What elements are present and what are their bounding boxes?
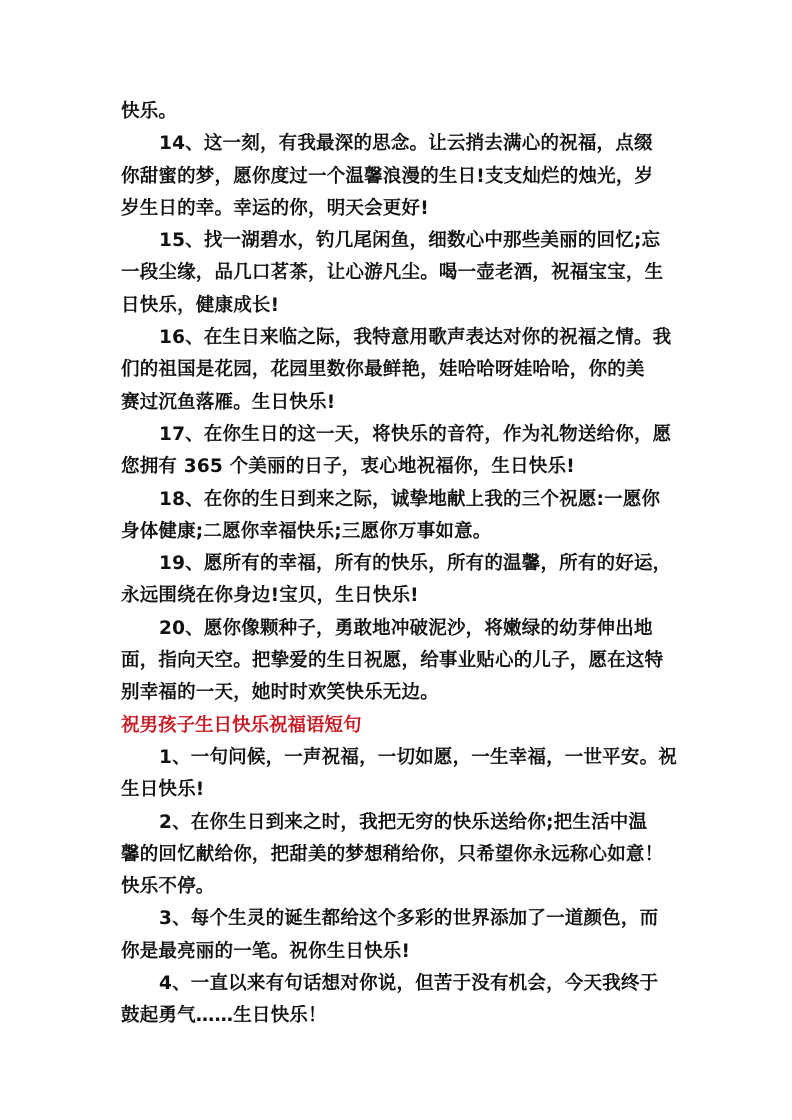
paragraph-3: 3、每个生灵的诞生都给这个多彩的世界添加了一道颜色，而 你是最亮丽的一笔。祝你生… [121,903,677,968]
paragraph-18: 18、在你的生日到来之际，诚挚地献上我的三个祝愿:一愿你 身体健康;二愿你幸福快… [121,484,677,549]
paragraph-4: 4、一直以来有句话想对你说，但苦于没有机会，今天我终于 鼓起勇气……生日快乐！ [121,968,677,1033]
paragraph-14: 14、这一刻，有我最深的思念。让云捎去满心的祝福，点缀 你甜蜜的梦，愿你度过一个… [121,128,677,225]
text-line: 4、一直以来有句话想对你说，但苦于没有机会，今天我终于 [121,968,677,1000]
text-line: 一段尘缘，品几口茗茶，让心游凡尘。喝一壶老酒，祝福宝宝，生 [121,257,677,289]
text-line: 岁生日的幸。幸运的你，明天会更好! [121,193,677,225]
text-line: 们的祖国是花园，花园里数你最鲜艳，娃哈哈呀娃哈哈，你的美 [121,354,677,386]
paragraph-15: 15、找一湖碧水，钓几尾闲鱼，细数心中那些美丽的回忆;忘 一段尘缘，品几口茗茶，… [121,225,677,322]
text-line: 生日快乐! [121,774,677,806]
text-line: 19、愿所有的幸福，所有的快乐，所有的温馨，所有的好运， [121,548,677,580]
paragraph-16: 16、在生日来临之际，我特意用歌声表达对你的祝福之情。我 们的祖国是花园，花园里… [121,322,677,419]
text-line: 20、愿你像颗种子，勇敢地冲破泥沙，将嫩绿的幼芽伸出地 [121,613,677,645]
paragraph-2: 2、在你生日到来之时，我把无穷的快乐送给你;把生活中温 馨的回忆献给你，把甜美的… [121,807,677,904]
text-line: 你甜蜜的梦，愿你度过一个温馨浪漫的生日!支支灿烂的烛光，岁 [121,161,677,193]
text-line: 15、找一湖碧水，钓几尾闲鱼，细数心中那些美丽的回忆;忘 [121,225,677,257]
paragraph-13-continuation: 快乐。 [121,96,677,128]
text-line: 您拥有 365 个美丽的日子，衷心地祝福你，生日快乐! [121,451,677,483]
paragraph-19: 19、愿所有的幸福，所有的快乐，所有的温馨，所有的好运， 永远围绕在你身边!宝贝… [121,548,677,613]
text-line: 别幸福的一天，她时时欢笑快乐无边。 [121,677,677,709]
section-heading: 祝男孩子生日快乐祝福语短句 [121,710,677,742]
paragraph-17: 17、在你生日的这一天，将快乐的音符，作为礼物送给你，愿 您拥有 365 个美丽… [121,419,677,484]
text-line: 身体健康;二愿你幸福快乐;三愿你万事如意。 [121,516,677,548]
paragraph-1: 1、一句问候，一声祝福，一切如愿，一生幸福，一世平安。祝 生日快乐! [121,742,677,807]
text-line: 日快乐，健康成长! [121,290,677,322]
text-line: 18、在你的生日到来之际，诚挚地献上我的三个祝愿:一愿你 [121,484,677,516]
text-line: 赛过沉鱼落雁。生日快乐! [121,387,677,419]
text-line: 17、在你生日的这一天，将快乐的音符，作为礼物送给你，愿 [121,419,677,451]
text-line: 快乐不停。 [121,871,677,903]
text-line: 3、每个生灵的诞生都给这个多彩的世界添加了一道颜色，而 [121,903,677,935]
text-line: 永远围绕在你身边!宝贝，生日快乐! [121,580,677,612]
text-line: 16、在生日来临之际，我特意用歌声表达对你的祝福之情。我 [121,322,677,354]
text-line: 馨的回忆献给你，把甜美的梦想稍给你，只希望你永远称心如意！ [121,839,677,871]
text-line: 2、在你生日到来之时，我把无穷的快乐送给你;把生活中温 [121,807,677,839]
text-line: 14、这一刻，有我最深的思念。让云捎去满心的祝福，点缀 [121,128,677,160]
text-line: 面，指向天空。把挚爱的生日祝愿，给事业贴心的儿子，愿在这特 [121,645,677,677]
paragraph-20: 20、愿你像颗种子，勇敢地冲破泥沙，将嫩绿的幼芽伸出地 面，指向天空。把挚爱的生… [121,613,677,710]
text-line: 你是最亮丽的一笔。祝你生日快乐! [121,936,677,968]
text-line: 1、一句问候，一声祝福，一切如愿，一生幸福，一世平安。祝 [121,742,677,774]
text-line: 鼓起勇气……生日快乐！ [121,1000,677,1032]
document-page: 快乐。 14、这一刻，有我最深的思念。让云捎去满心的祝福，点缀 你甜蜜的梦，愿你… [121,96,677,1033]
